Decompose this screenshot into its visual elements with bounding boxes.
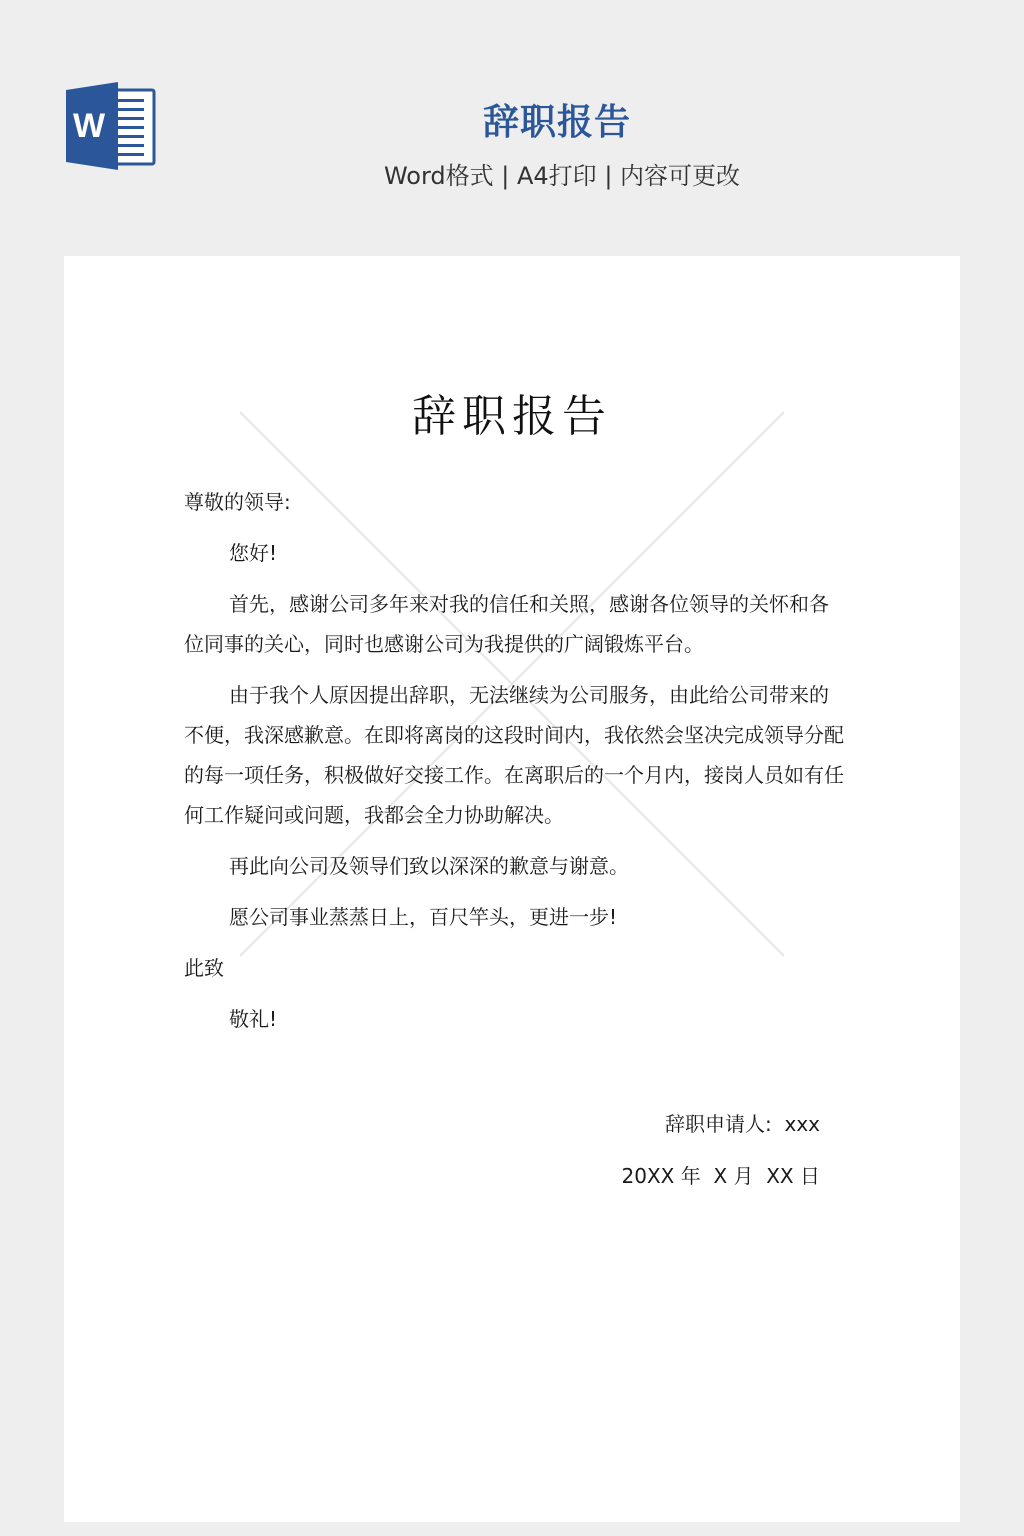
- salutation: 尊敬的领导:: [184, 482, 844, 522]
- closing: 此致: [184, 948, 844, 988]
- paragraph: 再此向公司及领导们致以深深的歉意与谢意。: [184, 846, 844, 886]
- signature-date: 20XX 年 X 月 XX 日: [622, 1160, 820, 1189]
- greeting: 您好!: [184, 533, 844, 573]
- paragraph: 由于我个人原因提出辞职，无法继续为公司服务，由此给公司带来的不便，我深感歉意。在…: [184, 675, 844, 835]
- applicant-signature: 辞职申请人: xxx: [665, 1108, 820, 1137]
- paragraph: 愿公司事业蒸蒸日上，百尺竿头，更进一步!: [184, 897, 844, 937]
- header-title: 辞职报告: [0, 94, 1024, 145]
- regards: 敬礼!: [184, 999, 844, 1039]
- paragraph: 首先，感谢公司多年来对我的信任和关照，感谢各位领导的关怀和各位同事的关心，同时也…: [184, 584, 844, 664]
- document-body: 尊敬的领导: 您好! 首先，感谢公司多年来对我的信任和关照，感谢各位领导的关怀和…: [184, 482, 844, 1050]
- document-page: 辞职报告 尊敬的领导: 您好! 首先，感谢公司多年来对我的信任和关照，感谢各位领…: [64, 256, 960, 1522]
- document-title: 辞职报告: [64, 380, 960, 444]
- header-subtitle: Word格式 | A4打印 | 内容可更改: [0, 156, 1024, 191]
- header: W 辞职报告 Word格式 | A4打印 | 内容可更改: [0, 0, 1024, 256]
